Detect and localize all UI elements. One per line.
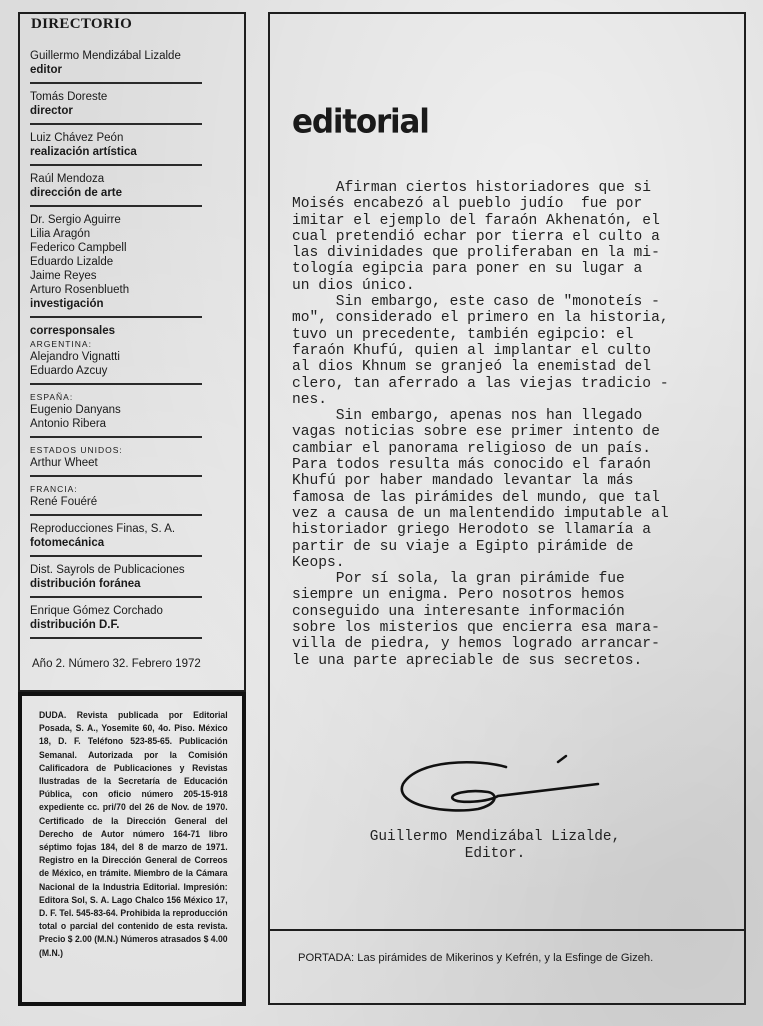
entry-name: Jaime Reyes	[30, 269, 202, 283]
entry-country: ESPAÑA:	[30, 391, 202, 403]
entry-name: Eduardo Lizalde	[30, 255, 202, 269]
directory-title: DIRECTORIO	[31, 16, 132, 33]
directory-entry: Tomás Dorestedirector	[30, 90, 202, 125]
cover-caption: PORTADA: Las pirámides de Mikerinos y Ke…	[298, 951, 718, 966]
directory-entry: Reproducciones Finas, S. A.fotomecánica	[30, 522, 202, 557]
signer: Guillermo Mendizábal Lizalde, Editor.	[330, 829, 660, 863]
entry-name: Arthur Wheet	[30, 456, 202, 470]
entry-name: René Fouéré	[30, 495, 202, 509]
editorial-box: editorial Afirman ciertos historiadores …	[268, 12, 746, 1005]
directory-entry: ESTADOS UNIDOS:Arthur Wheet	[30, 444, 202, 477]
entry-role: investigación	[30, 297, 202, 311]
entry-name: Alejandro Vignatti	[30, 350, 202, 364]
entry-role: director	[30, 104, 202, 118]
entry-role: editor	[30, 63, 202, 77]
entry-country: FRANCIA:	[30, 483, 202, 495]
legal-notice-box: DUDA. Revista publicada por Editorial Po…	[18, 692, 246, 1006]
entry-name: Federico Campbell	[30, 241, 202, 255]
entry-name: Reproducciones Finas, S. A.	[30, 522, 202, 536]
signature-icon	[398, 754, 608, 839]
directory-entry: Raúl Mendozadirección de arte	[30, 172, 202, 207]
editorial-title: editorial	[292, 103, 429, 141]
entry-role: fotomecánica	[30, 536, 202, 550]
entry-name: Guillermo Mendizábal Lizalde	[30, 49, 202, 63]
entry-name: Luiz Chávez Peón	[30, 131, 202, 145]
directory-entry: Dist. Sayrols de Publicacionesdistribuci…	[30, 563, 202, 598]
directory-entry: Dr. Sergio AguirreLilia AragónFederico C…	[30, 213, 202, 318]
directory-entry: Enrique Gómez Corchadodistribución D.F.	[30, 604, 202, 639]
entry-role: realización artística	[30, 145, 202, 159]
legal-notice-text: DUDA. Revista publicada por Editorial Po…	[39, 708, 228, 959]
entry-role: distribución foránea	[30, 577, 202, 591]
signer-name: Guillermo Mendizábal Lizalde,	[330, 829, 660, 846]
signer-title: Editor.	[330, 846, 660, 863]
entry-name: Arturo Rosenblueth	[30, 283, 202, 297]
entry-country: ARGENTINA:	[30, 338, 202, 350]
directory-entry: Luiz Chávez Peónrealización artística	[30, 131, 202, 166]
directory-entry: FRANCIA:René Fouéré	[30, 483, 202, 516]
caption-divider	[270, 929, 744, 931]
entry-name: Eugenio Danyans	[30, 403, 202, 417]
entry-role: distribución D.F.	[30, 618, 202, 632]
directory-entry: corresponsalesARGENTINA:Alejandro Vignat…	[30, 324, 202, 385]
entry-name: Lilia Aragón	[30, 227, 202, 241]
entry-role: dirección de arte	[30, 186, 202, 200]
editorial-body: Afirman ciertos historiadores que si Moi…	[292, 180, 732, 669]
directory-list: Guillermo Mendizábal LizaldeeditorTomás …	[30, 49, 202, 645]
issue-info: Año 2. Número 32. Febrero 1972	[32, 658, 201, 670]
entry-name: Tomás Doreste	[30, 90, 202, 104]
entry-name: Raúl Mendoza	[30, 172, 202, 186]
entry-name: Antonio Ribera	[30, 417, 202, 431]
entry-role: corresponsales	[30, 324, 202, 338]
directory-entry: ESPAÑA:Eugenio DanyansAntonio Ribera	[30, 391, 202, 438]
directory-entry: Guillermo Mendizábal Lizaldeeditor	[30, 49, 202, 84]
entry-name: Enrique Gómez Corchado	[30, 604, 202, 618]
entry-name: Dist. Sayrols de Publicaciones	[30, 563, 202, 577]
entry-country: ESTADOS UNIDOS:	[30, 444, 202, 456]
entry-name: Eduardo Azcuy	[30, 364, 202, 378]
entry-name: Dr. Sergio Aguirre	[30, 213, 202, 227]
